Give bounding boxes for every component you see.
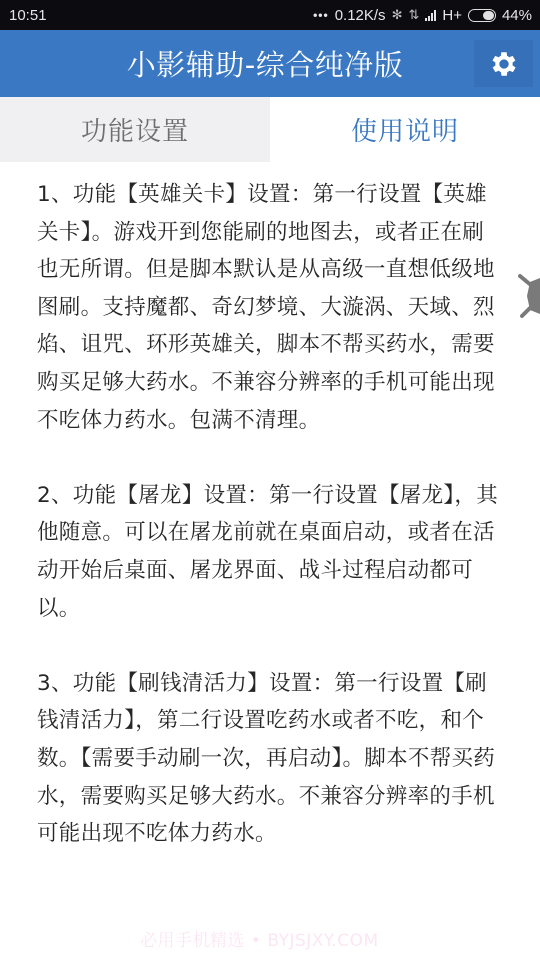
status-time: 10:51 <box>9 7 47 24</box>
watermark: 必用手机精选 • BYJSJXY.COM <box>140 926 379 951</box>
notification-dots-icon: ••• <box>313 8 329 22</box>
instructions-content: 1、功能【英雄关卡】设置：第一行设置【英雄关卡】。游戏开到您能刷的地图去，或者正… <box>37 176 499 890</box>
app-title: 小影辅助-综合纯净版 <box>127 43 403 84</box>
bluetooth-icon: ✻ <box>392 7 403 23</box>
network-speed: 0.12K/s <box>335 7 386 24</box>
gear-icon <box>488 48 520 80</box>
bug-icon <box>518 268 540 324</box>
tab-bar: 功能设置 使用说明 <box>0 97 540 162</box>
instruction-paragraph-1: 1、功能【英雄关卡】设置：第一行设置【英雄关卡】。游戏开到您能刷的地图去，或者正… <box>37 176 499 439</box>
tab-usage-instructions[interactable]: 使用说明 <box>270 97 540 162</box>
data-activity-icon: ⇅ <box>408 7 419 23</box>
floating-widget[interactable] <box>518 268 540 324</box>
instruction-paragraph-3: 3、功能【刷钱清活力】设置：第一行设置【刷钱清活力】，第二行设置吃药水或者不吃，… <box>37 665 499 853</box>
network-type: H+ <box>442 7 462 24</box>
app-bar: 小影辅助-综合纯净版 <box>0 30 540 97</box>
signal-strength-icon <box>425 9 436 21</box>
battery-icon <box>468 9 496 22</box>
settings-button[interactable] <box>474 40 533 87</box>
battery-percent: 44% <box>502 7 532 24</box>
status-indicators: ••• 0.12K/s ✻ ⇅ H+ 44% <box>313 7 532 24</box>
instruction-paragraph-2: 2、功能【屠龙】设置：第一行设置【屠龙】，其他随意。可以在屠龙前就在桌面启动，或… <box>37 477 499 627</box>
status-bar: 10:51 ••• 0.12K/s ✻ ⇅ H+ 44% <box>0 0 540 30</box>
tab-function-settings[interactable]: 功能设置 <box>0 97 270 162</box>
